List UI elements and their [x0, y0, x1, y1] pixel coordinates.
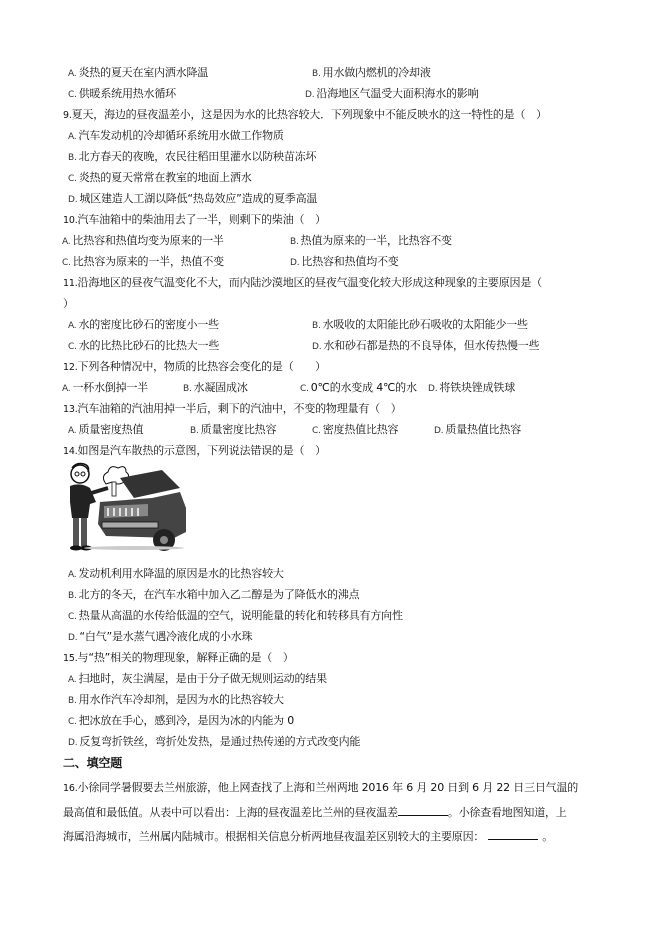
option-label: B.: [312, 69, 321, 79]
option-label: B.: [68, 153, 77, 163]
option-label: B.: [183, 384, 192, 394]
q10-option-c: C.比热容为原来的一半，热值不变: [62, 255, 224, 270]
option-text: 水的比热比砂石的比热大一些: [79, 339, 219, 352]
question-text: 与“热”相关的物理现象，解释正确的是（ ）: [78, 651, 294, 664]
q15-option-b: B.用水作汽车冷却剂，是因为水的比热容较大: [68, 693, 284, 708]
q16-line-1: 16.小徐同学暑假要去兰州旅游，他上网查找了上海和兰州两地 2016 年 6 月…: [63, 781, 578, 796]
question-text: 汽车油箱的汽油用掉一半后，剩下的汽油中，不变的物理量有（ ）: [78, 402, 402, 415]
option-text: 北方的冬天，在汽车水箱中加入乙二醇是为了降低水的沸点: [79, 588, 360, 601]
option-label: B.: [312, 321, 321, 331]
question-text: 汽车油箱中的柴油用去了一半，则剩下的柴油（ ）: [78, 213, 326, 226]
option-text: 质量密度比热容: [201, 423, 277, 436]
question-text: 沿海地区的昼夜气温变化不大，而内陆沙漠地区的昼夜气温变化较大形成这种现象的主要原…: [78, 276, 542, 289]
question-text: 最高值和最低值。从表中可以看出：上海的昼夜温差比兰州的昼夜温差: [63, 806, 398, 819]
q14-stem: 14.如图是汽车散热的示意图，下列说法错误的是（ ）: [63, 444, 326, 459]
option-label: B.: [68, 696, 77, 706]
q11-option-c: C.水的比热比砂石的比热大一些: [68, 339, 219, 354]
question-number: 9.: [63, 110, 72, 121]
q12-option-c: C.0℃的水变成 4℃的水: [300, 381, 417, 396]
question-text: 下列各种情况中，物质的比热容会变化的是（ ）: [78, 360, 326, 373]
option-label: A.: [62, 237, 70, 247]
option-text: 炎热的夏天常常在教室的地面上洒水: [79, 171, 252, 184]
option-text: 供暖系统用热水循环: [79, 87, 176, 100]
option-text: 热值为原来的一半，比热容不变: [301, 234, 452, 247]
car-radiator-illustration: [62, 458, 190, 558]
q15-option-c: C.把冰放在手心，感到冷，是因为冰的内能为 0: [68, 714, 294, 729]
option-text: 把冰放在手心，感到冷，是因为冰的内能为 0: [79, 714, 294, 727]
option-text: 比热容和热值均不变: [301, 255, 398, 268]
question-number: 10.: [63, 215, 78, 226]
q11-option-a: A.水的密度比砂石的密度小一些: [68, 318, 219, 333]
question-text: 。小徐查看地图知道，上: [448, 806, 567, 819]
q8-option-a: A.炎热的夏天在室内洒水降温: [68, 66, 208, 81]
option-label: A.: [68, 570, 76, 580]
option-text: 水凝固成冰: [194, 381, 248, 394]
option-label: C.: [300, 384, 309, 394]
option-label: C.: [68, 174, 77, 184]
q13-option-b: B.质量密度比热容: [190, 423, 276, 438]
q14-option-b: B.北方的冬天，在汽车水箱中加入乙二醇是为了降低水的沸点: [68, 588, 359, 603]
q9-stem: 9.夏天，海边的昼夜温差小，这是因为水的比热容较大．下列现象中不能反映水的这一特…: [63, 108, 547, 123]
q8-option-c: C.供暖系统用热水循环: [68, 87, 176, 102]
option-text: 用水做内燃机的冷却液: [323, 66, 431, 79]
option-label: A.: [68, 321, 76, 331]
option-text: 用水作汽车冷却剂，是因为水的比热容较大: [79, 693, 284, 706]
option-label: D.: [312, 342, 321, 352]
option-label: B.: [290, 237, 299, 247]
option-label: B.: [68, 591, 77, 601]
option-text: 北方春天的夜晚，农民往稻田里灌水以防秧苗冻坏: [79, 150, 317, 163]
option-text: “白气”是水蒸气遇冷液化成的小水珠: [79, 630, 252, 643]
q14-option-c: C.热量从高温的水传给低温的空气，说明能量的转化和转移具有方向性: [68, 609, 403, 624]
option-label: C.: [62, 258, 71, 268]
question-text: 如图是汽车散热的示意图，下列说法错误的是（ ）: [78, 444, 326, 457]
q11-option-d: D.水和砂石都是热的不良导体，但水传热慢一些: [312, 339, 539, 354]
option-text: 热量从高温的水传给低温的空气，说明能量的转化和转移具有方向性: [79, 609, 403, 622]
option-text: 水和砂石都是热的不良导体，但水传热慢一些: [323, 339, 539, 352]
option-label: A.: [68, 69, 76, 79]
option-label: A.: [62, 384, 70, 394]
q12-option-b: B.水凝固成冰: [183, 381, 248, 396]
q12-stem: 12.下列各种情况中，物质的比热容会变化的是（ ）: [63, 360, 326, 375]
q14-option-a: A.发动机利用水降温的原因是水的比热容较大: [68, 567, 284, 582]
option-text: 质量密度热值: [78, 423, 143, 436]
option-label: C.: [68, 342, 77, 352]
option-text: 沿海地区气温受大面积海水的影响: [316, 87, 478, 100]
q15-option-d: D.反复弯折铁丝，弯折处发热，是通过热传递的方式改变内能: [68, 735, 360, 750]
option-label: D.: [290, 258, 299, 268]
option-label: A.: [68, 426, 76, 436]
option-text: 反复弯折铁丝，弯折处发热，是通过热传递的方式改变内能: [79, 735, 360, 748]
option-text: 质量热值比热容: [445, 423, 521, 436]
q15-option-a: A.扫地时，灰尘满屋，是由于分子做无规则运动的结果: [68, 672, 327, 687]
option-label: C.: [68, 717, 77, 727]
option-text: 水的密度比砂石的密度小一些: [78, 318, 218, 331]
option-label: D.: [68, 633, 77, 643]
q10-option-b: B.热值为原来的一半，比热容不变: [290, 234, 452, 249]
car-mechanic-icon: [62, 458, 190, 558]
q8-option-b: B.用水做内燃机的冷却液: [312, 66, 431, 81]
q11-option-b: B.水吸收的太阳能比砂石吸收的太阳能少一些: [312, 318, 528, 333]
q15-stem: 15.与“热”相关的物理现象，解释正确的是（ ）: [63, 651, 294, 666]
question-number: 14.: [63, 446, 78, 457]
option-label: B.: [190, 426, 199, 436]
q14-option-d: D.“白气”是水蒸气遇冷液化成的小水珠: [68, 630, 252, 645]
q13-option-d: D.质量热值比热容: [434, 423, 521, 438]
option-label: A.: [68, 675, 76, 685]
option-text: 发动机利用水降温的原因是水的比热容较大: [78, 567, 283, 580]
question-text: 。: [542, 830, 553, 843]
q10-stem: 10.汽车油箱中的柴油用去了一半，则剩下的柴油（ ）: [63, 213, 326, 228]
option-label: C.: [68, 612, 77, 622]
option-label: D.: [434, 426, 443, 436]
q12-option-d: D.将铁块锉成铁球: [428, 381, 515, 396]
question-number: 12.: [63, 362, 78, 373]
question-number: 16.: [63, 783, 78, 794]
q13-stem: 13.汽车油箱的汽油用掉一半后，剩下的汽油中，不变的物理量有（ ）: [63, 402, 402, 417]
option-label: D.: [68, 195, 77, 205]
option-text: 一杯水倒掉一半: [72, 381, 148, 394]
section-heading-fill-in: 二、填空题: [63, 756, 122, 770]
q16-line-2: 最高值和最低值。从表中可以看出：上海的昼夜温差比兰州的昼夜温差。小徐查看地图知道…: [63, 805, 567, 820]
option-label: C.: [68, 90, 77, 100]
q8-option-d: D.沿海地区气温受大面积海水的影响: [305, 87, 478, 102]
question-number: 13.: [63, 404, 78, 415]
option-label: C.: [312, 426, 321, 436]
question-text: 夏天，海边的昼夜温差小，这是因为水的比热容较大．下列现象中不能反映水的这一特性的…: [72, 108, 547, 121]
q16-line-3: 海属沿海城市，兰州属内陆城市。根据相关信息分析两地昼夜温差区别较大的主要原因：。: [63, 829, 553, 844]
q13-option-c: C.密度热值比热容: [312, 423, 398, 438]
q9-option-c: C.炎热的夏天常常在教室的地面上洒水: [68, 171, 252, 186]
q10-option-a: A.比热容和热值均变为原来的一半: [62, 234, 224, 249]
option-text: 0℃的水变成 4℃的水: [311, 381, 417, 394]
option-label: D.: [305, 90, 314, 100]
q13-option-a: A.质量密度热值: [68, 423, 143, 438]
option-label: A.: [68, 132, 76, 142]
question-text: 小徐同学暑假要去兰州旅游，他上网查找了上海和兰州两地 2016 年 6 月 20…: [78, 781, 579, 794]
option-text: 汽车发动机的冷却循环系统用水做工作物质: [78, 129, 283, 142]
q10-option-d: D.比热容和热值均不变: [290, 255, 399, 270]
option-text: 城区建造人工湖以降低“热岛效应”造成的夏季高温: [79, 192, 317, 205]
q11-stem: 11.沿海地区的昼夜气温变化不大，而内陆沙漠地区的昼夜气温变化较大形成这种现象的…: [63, 276, 542, 291]
answer-blank-2[interactable]: [488, 829, 538, 840]
option-text: 炎热的夏天在室内洒水降温: [78, 66, 208, 79]
option-label: D.: [68, 738, 77, 748]
option-text: 扫地时，灰尘满屋，是由于分子做无规则运动的结果: [78, 672, 326, 685]
q9-option-a: A.汽车发动机的冷却循环系统用水做工作物质: [68, 129, 284, 144]
option-text: 比热容为原来的一半，热值不变: [73, 255, 224, 268]
option-text: 将铁块锉成铁球: [439, 381, 515, 394]
question-number: 15.: [63, 653, 78, 664]
q11-stem-continued: ）: [63, 297, 74, 311]
q9-option-d: D.城区建造人工湖以降低“热岛效应”造成的夏季高温: [68, 192, 317, 207]
q12-option-a: A.一杯水倒掉一半: [62, 381, 148, 396]
option-label: D.: [428, 384, 437, 394]
option-text: 密度热值比热容: [323, 423, 399, 436]
option-text: 水吸收的太阳能比砂石吸收的太阳能少一些: [323, 318, 528, 331]
option-text: 比热容和热值均变为原来的一半: [72, 234, 223, 247]
question-text: 海属沿海城市，兰州属内陆城市。根据相关信息分析两地昼夜温差区别较大的主要原因：: [63, 830, 484, 843]
question-number: 11.: [63, 278, 78, 289]
answer-blank-1[interactable]: [398, 805, 448, 816]
q9-option-b: B.北方春天的夜晚，农民往稻田里灌水以防秧苗冻坏: [68, 150, 316, 165]
